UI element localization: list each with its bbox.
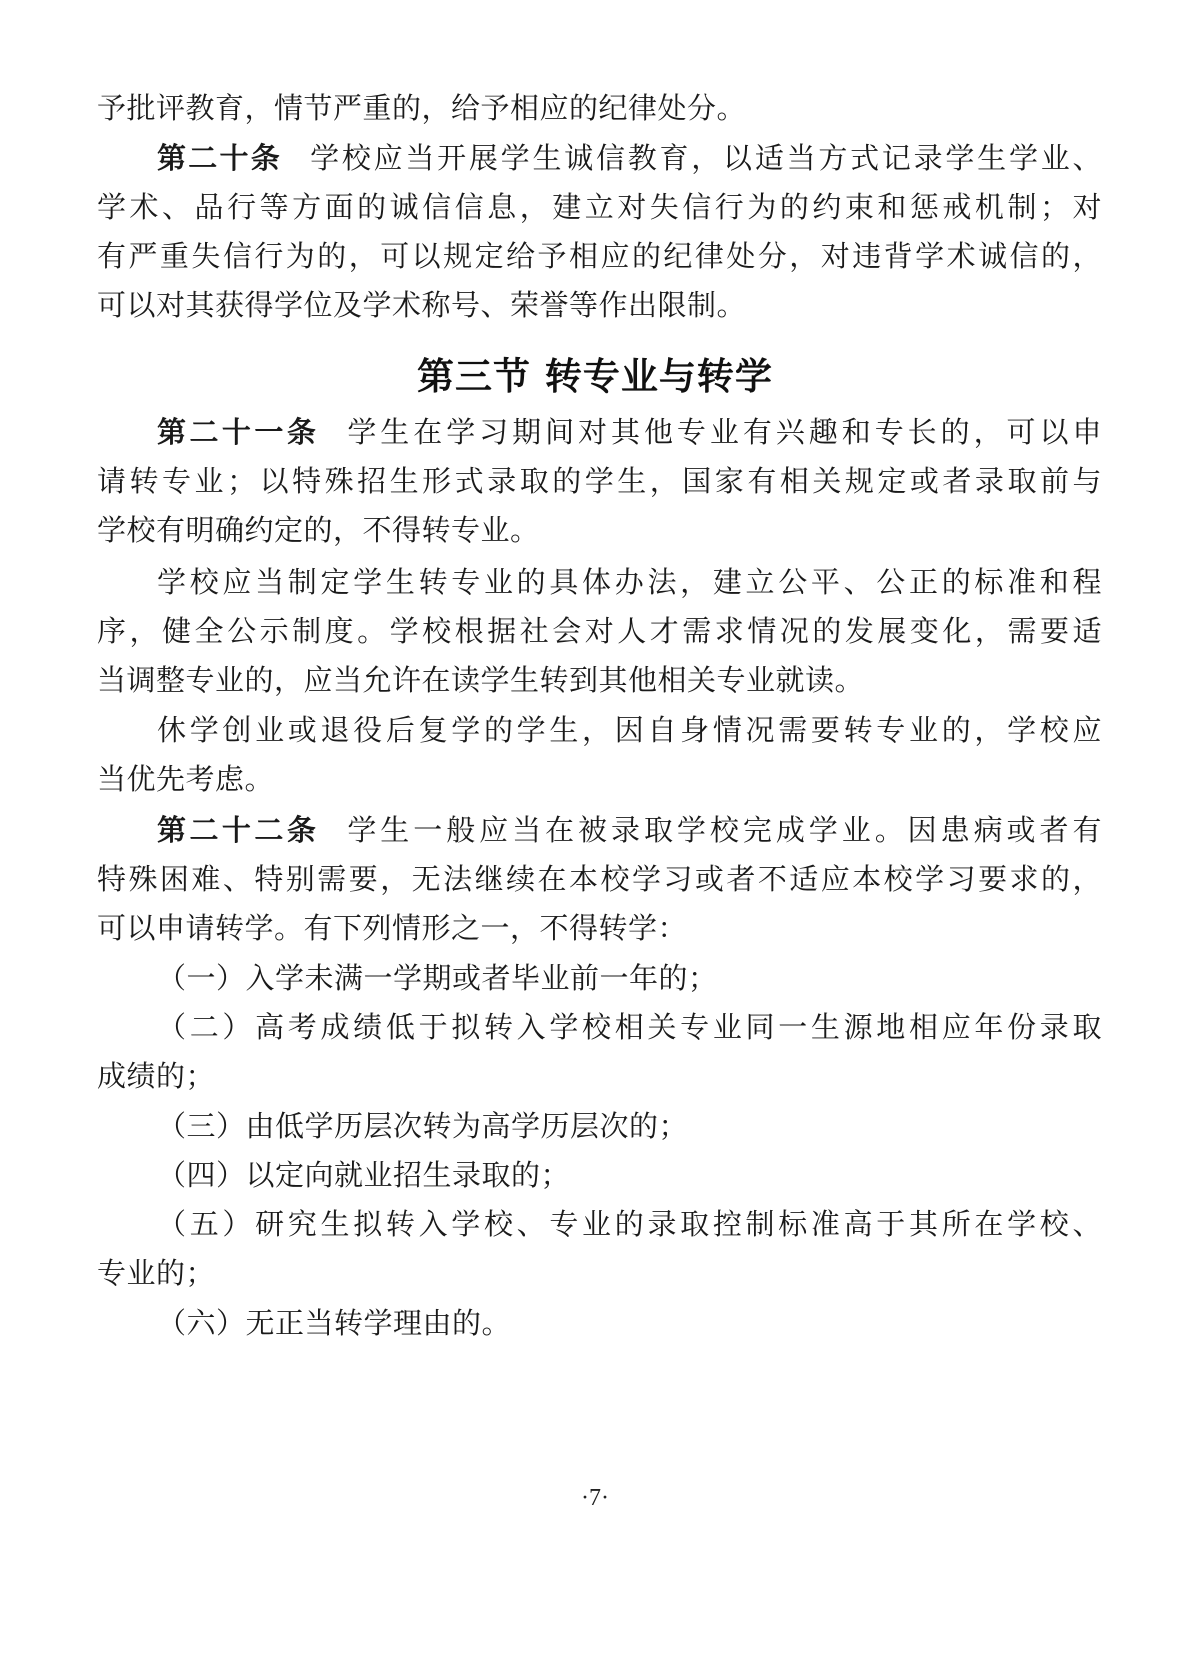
article-21-para2-line-2: 序，健全公示制度。学校根据社会对人才需求情况的发展变化，需要适 xyxy=(97,611,1102,651)
article-22-text: 学生一般应当在被录取学校完成学业。因患病或者有 xyxy=(347,813,1102,847)
list-item-6: （六）无正当转学理由的。 xyxy=(157,1303,1102,1343)
article-21-para2-line-1: 学校应当制定学生转专业的具体办法，建立公平、公正的标准和程 xyxy=(157,562,1102,602)
article-22-line-1: 第二十二条学生一般应当在被录取学校完成学业。因患病或者有 xyxy=(157,810,1102,850)
list-item-3: （三）由低学历层次转为高学历层次的； xyxy=(157,1106,1102,1146)
section-title: 第三节 转专业与转学 xyxy=(0,352,1190,402)
article-22-line-3: 可以申请转学。有下列情形之一，不得转学： xyxy=(97,908,1102,948)
page-number: ·7· xyxy=(0,1483,1190,1513)
article-20-line-1: 第二十条学校应当开展学生诚信教育，以适当方式记录学生学业、 xyxy=(157,138,1102,178)
article-20-line-3: 有严重失信行为的，可以规定给予相应的纪律处分，对违背学术诚信的， xyxy=(97,236,1102,276)
list-item-1: （一）入学未满一学期或者毕业前一年的； xyxy=(157,958,1102,998)
article-22-line-2: 特殊困难、特别需要，无法继续在本校学习或者不适应本校学习要求的， xyxy=(97,859,1102,899)
paragraph-continuation: 予批评教育，情节严重的，给予相应的纪律处分。 xyxy=(97,88,1102,128)
article-21-para2-line-3: 当调整专业的，应当允许在读学生转到其他相关专业就读。 xyxy=(97,660,1102,700)
article-21-para3-line-2: 当优先考虑。 xyxy=(97,759,1102,799)
article-21-label: 第二十一条 xyxy=(157,415,319,449)
article-21-line-2: 请转专业；以特殊招生形式录取的学生，国家有相关规定或者录取前与 xyxy=(97,461,1102,501)
article-20-line-4: 可以对其获得学位及学术称号、荣誉等作出限制。 xyxy=(97,285,1102,325)
article-21-text: 学生在学习期间对其他专业有兴趣和专长的，可以申 xyxy=(347,415,1102,449)
list-item-5-continuation: 专业的； xyxy=(97,1253,1102,1293)
article-20-text: 学校应当开展学生诚信教育，以适当方式记录学生学业、 xyxy=(310,141,1102,175)
document-page: 予批评教育，情节严重的，给予相应的纪律处分。 第二十条学校应当开展学生诚信教育，… xyxy=(0,0,1190,1670)
article-21-line-3: 学校有明确约定的，不得转专业。 xyxy=(97,510,1102,550)
article-21-line-1: 第二十一条学生在学习期间对其他专业有兴趣和专长的，可以申 xyxy=(157,412,1102,452)
article-21-para3-line-1: 休学创业或退役后复学的学生，因自身情况需要转专业的，学校应 xyxy=(157,710,1102,750)
list-item-5: （五）研究生拟转入学校、专业的录取控制标准高于其所在学校、 xyxy=(157,1204,1102,1244)
list-item-2: （二）高考成绩低于拟转入学校相关专业同一生源地相应年份录取 xyxy=(157,1007,1102,1047)
list-item-2-continuation: 成绩的； xyxy=(97,1056,1102,1096)
article-20-line-2: 学术、品行等方面的诚信信息，建立对失信行为的约束和惩戒机制；对 xyxy=(97,187,1102,227)
article-22-label: 第二十二条 xyxy=(157,813,319,847)
list-item-4: （四）以定向就业招生录取的； xyxy=(157,1155,1102,1195)
article-20-label: 第二十条 xyxy=(157,141,282,175)
